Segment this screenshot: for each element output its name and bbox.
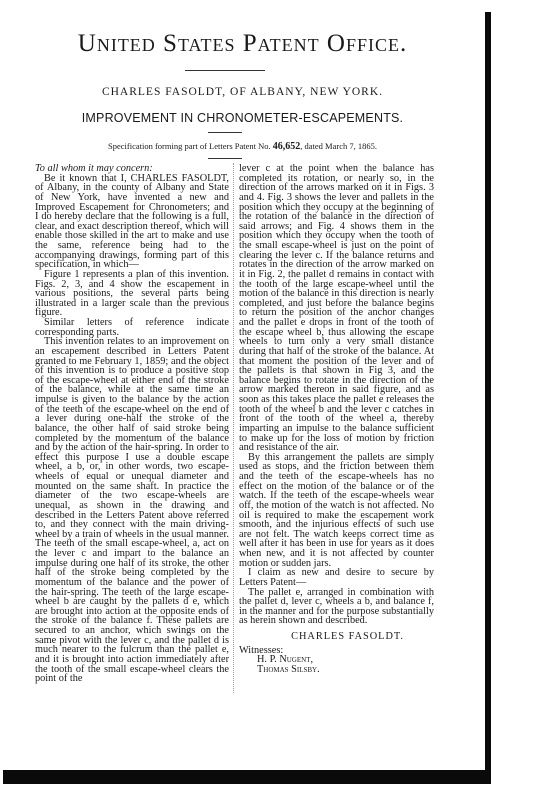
- paragraph: This invention relates to an improvement…: [35, 337, 229, 684]
- paragraph: Similar letters of reference indicate co…: [35, 318, 229, 337]
- invention-title: IMPROVEMENT IN CHRONOMETER-ESCAPEMENTS.: [0, 111, 485, 125]
- office-title: United States Patent Office.: [0, 30, 485, 58]
- claim-intro: I claim as new and desire to secure by L…: [239, 568, 434, 587]
- specification-line: Specification forming part of Letters Pa…: [0, 141, 485, 152]
- signature: CHARLES FASOLDT.: [239, 632, 434, 642]
- witness-name: Thomas Silsby.: [239, 665, 434, 675]
- spec-prefix: Specification forming part of Letters Pa…: [108, 141, 271, 151]
- divider-rule: [208, 132, 242, 133]
- scan-border-right: [485, 12, 491, 784]
- left-column: To all whom it may concern: Be it known …: [35, 164, 229, 684]
- paragraph: Figure 1 represents a plan of this inven…: [35, 270, 229, 318]
- scan-border-bottom: [3, 770, 491, 784]
- claim: The pallet e, arranged in combination wi…: [239, 588, 434, 627]
- divider-rule: [208, 158, 242, 159]
- patent-page: United States Patent Office. CHARLES FAS…: [0, 0, 542, 796]
- paragraph: Be it known that I, CHARLES FASOLDT, of …: [35, 174, 229, 270]
- right-column: lever c at the point when the balance ha…: [239, 164, 434, 675]
- patent-number: 46,652: [273, 141, 301, 152]
- spec-suffix: , dated March 7, 1865.: [300, 141, 377, 151]
- inventor-line: CHARLES FASOLDT, OF ALBANY, NEW YORK.: [0, 86, 485, 98]
- paragraph: lever c at the point when the balance ha…: [239, 164, 434, 453]
- column-divider: [233, 163, 235, 693]
- divider-rule: [185, 70, 265, 71]
- paragraph: By this arrangement the pallets are simp…: [239, 453, 434, 569]
